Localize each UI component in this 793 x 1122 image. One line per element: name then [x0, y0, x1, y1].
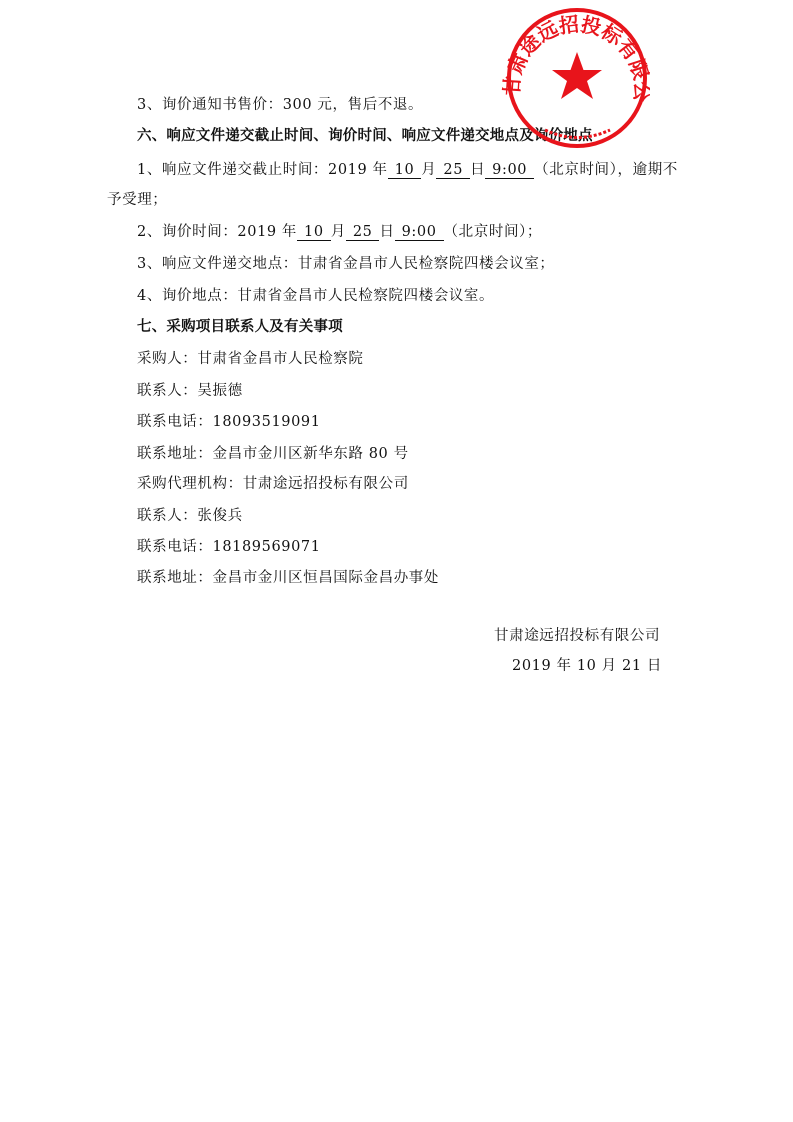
deadline-time: 9:00 [485, 162, 534, 179]
inquiry-suffix: （北京时间）； [444, 224, 542, 240]
deadline-day-label: 日 [470, 162, 485, 178]
section-6-heading: 六、响应文件递交截止时间、询价时间、响应文件递交地点及询价地点 [137, 126, 593, 146]
seal-text: 甘肃途远招投标有限公司 [500, 0, 650, 103]
price-note: 3、询价通知书售价：300 元，售后不退。 [137, 95, 423, 115]
purchaser-contact: 联系人：吴振德 [137, 381, 243, 401]
deadline-month-label: 月 [421, 162, 436, 178]
deadline-month: 10 [388, 162, 422, 179]
deadline-day: 25 [436, 162, 470, 179]
section-7-heading: 七、采购项目联系人及有关事项 [137, 317, 343, 337]
inquiry-time-value: 9:00 [395, 224, 444, 241]
inquiry-month-label: 月 [331, 224, 346, 240]
deadline-prefix: 1、响应文件递交截止时间：2019 年 [137, 162, 388, 178]
inquiry-month: 10 [297, 224, 331, 241]
agency: 采购代理机构：甘肃途远招投标有限公司 [137, 474, 409, 494]
signature-date: 2019 年 10 月 21 日 [512, 656, 662, 676]
deadline-suffix: （北京时间），逾期不 [534, 162, 678, 178]
inquiry-day: 25 [346, 224, 380, 241]
submission-location: 3、响应文件递交地点：甘肃省金昌市人民检察院四楼会议室； [137, 254, 555, 274]
purchaser-address: 联系地址：金昌市金川区新华东路 80 号 [137, 444, 409, 464]
purchaser-phone: 联系电话：18093519091 [137, 412, 321, 432]
inquiry-time: 2、询价时间：2019 年10月25日9:00（北京时间）； [137, 222, 542, 242]
purchaser: 采购人：甘肃省金昌市人民检察院 [137, 349, 364, 369]
agency-contact: 联系人：张俊兵 [137, 506, 243, 526]
inquiry-location: 4、询价地点：甘肃省金昌市人民检察院四楼会议室。 [137, 286, 494, 306]
star-icon [552, 52, 602, 99]
signature-company: 甘肃途远招投标有限公司 [494, 626, 660, 646]
agency-phone: 联系电话：18189569071 [137, 537, 321, 557]
submission-deadline: 1、响应文件递交截止时间：2019 年10月25日9:00（北京时间），逾期不 [137, 160, 678, 180]
submission-deadline-continuation: 予受理； [107, 190, 167, 210]
inquiry-prefix: 2、询价时间：2019 年 [137, 224, 297, 240]
document-page: 3、询价通知书售价：300 元，售后不退。 六、响应文件递交截止时间、询价时间、… [0, 0, 793, 1122]
agency-address: 联系地址：金昌市金川区恒昌国际金昌办事处 [137, 568, 439, 588]
inquiry-day-label: 日 [379, 224, 394, 240]
